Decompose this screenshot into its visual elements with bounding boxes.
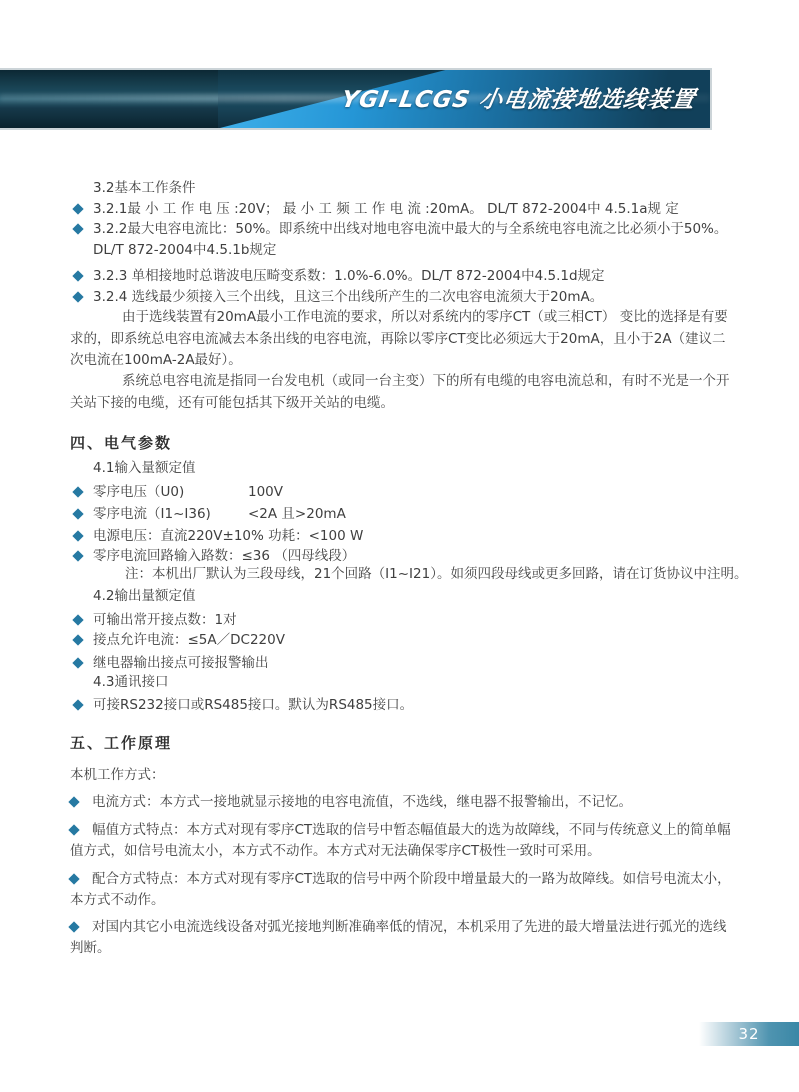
line-4-1-input-ratings: 4.1输入量额定值 <box>70 458 755 479</box>
banner-title: YGI-LCGS 小电流接地选线装置 <box>339 81 698 114</box>
spec-output-contacts: 可输出常开接点数：1对 <box>70 610 755 631</box>
diamond-bullet-icon <box>72 270 83 281</box>
para-ct-ratio-requirement: 由于选线装置有20mA最小工作电流的要求，所以对系统内的零序CT（或三相CT） … <box>70 307 732 372</box>
diamond-bullet-icon <box>72 699 83 710</box>
diamond-bullet-icon <box>72 614 83 625</box>
diamond-bullet-icon <box>68 873 79 884</box>
line-4-2-output-ratings: 4.2输出量额定值 <box>70 586 755 607</box>
diamond-bullet-icon <box>72 486 83 497</box>
diamond-bullet-icon <box>72 634 83 645</box>
diamond-bullet-icon <box>72 550 83 561</box>
item-arc-detection: 对国内其它小电流选线设备对弧光接地判断准确率低的情况，本机采用了先进的最大增量法… <box>70 917 732 959</box>
heading-electrical-parameters: 四、电气参数 <box>70 433 732 454</box>
spec-relay-alarm-output: 继电器输出接点可接报警输出 <box>70 653 755 674</box>
item-3-2-2: 3.2.2最大电容电流比：50%。即系统中出线对地电容电流中最大的与全系统电容电… <box>70 219 755 261</box>
para-system-capacitive-current: 系统总电容电流是指同一台发电机（或同一台主变）下的所有电缆的电容电流总和，有时不… <box>70 371 732 414</box>
diamond-bullet-icon <box>72 291 83 302</box>
diamond-bullet-icon <box>68 824 79 835</box>
spec-power-supply: 电源电压：直流220V±10% 功耗：<100 W <box>70 526 755 547</box>
line-4-3-comm-interface: 4.3通讯接口 <box>70 672 755 693</box>
spec-zero-seq-current: 零序电流（I1~I36)<2A 且>20mA <box>70 504 755 525</box>
item-amplitude-mode: 幅值方式特点：本方式对现有零序CT选取的信号中暂态幅值最大的选为故障线，不同与传… <box>70 820 732 862</box>
diamond-bullet-icon <box>72 223 83 234</box>
document-page: YGI-LCGS 小电流接地选线装置 3.2基本工作条件 3.2.1最 小 工 … <box>0 0 799 1092</box>
spec-value: <2A 且>20mA <box>248 506 346 522</box>
item-3-2-1: 3.2.1最 小 工 作 电 压 :20V； 最 小 工 频 工 作 电 流 :… <box>70 199 755 220</box>
item-cooperation-mode: 配合方式特点：本方式对现有零序CT选取的信号中两个阶段中增量最大的一路为故障线。… <box>70 869 732 911</box>
spec-contact-current: 接点允许电流：≤5A／DC220V <box>70 630 755 651</box>
item-3-2-3: 3.2.3 单相接地时总谐波电压畸变系数：1.0%-6.0%。DL/T 872-… <box>70 266 755 287</box>
diamond-bullet-icon <box>68 921 79 932</box>
diamond-bullet-icon <box>72 508 83 519</box>
header-banner: YGI-LCGS 小电流接地选线装置 <box>0 68 712 130</box>
diamond-bullet-icon <box>72 530 83 541</box>
diamond-bullet-icon <box>72 657 83 668</box>
item-3-2-4: 3.2.4 选线最少须接入三个出线，且这三个出线所产生的二次电容电流须大于20m… <box>70 287 755 308</box>
heading-working-principle: 五、工作原理 <box>70 733 732 754</box>
item-current-mode: 电流方式：本方式一接地就显示接地的电容电流值，不选线，继电器不报警输出，不记忆。 <box>70 792 732 813</box>
spec-comm-ports: 可接RS232接口或RS485接口。默认为RS485接口。 <box>70 695 755 716</box>
diamond-bullet-icon <box>68 796 79 807</box>
spec-zero-seq-voltage: 零序电压（U0)100V <box>70 482 755 503</box>
line-3-2-basic-conditions: 3.2基本工作条件 <box>70 178 755 199</box>
line-working-modes: 本机工作方式： <box>70 765 732 786</box>
note-default-config: 注：本机出厂默认为三段母线，21个回路（I1~I21）。如须四段母线或更多回路，… <box>70 564 787 585</box>
page-number-badge: 32 <box>699 1022 799 1046</box>
spec-value: 100V <box>248 484 283 500</box>
diamond-bullet-icon <box>72 203 83 214</box>
